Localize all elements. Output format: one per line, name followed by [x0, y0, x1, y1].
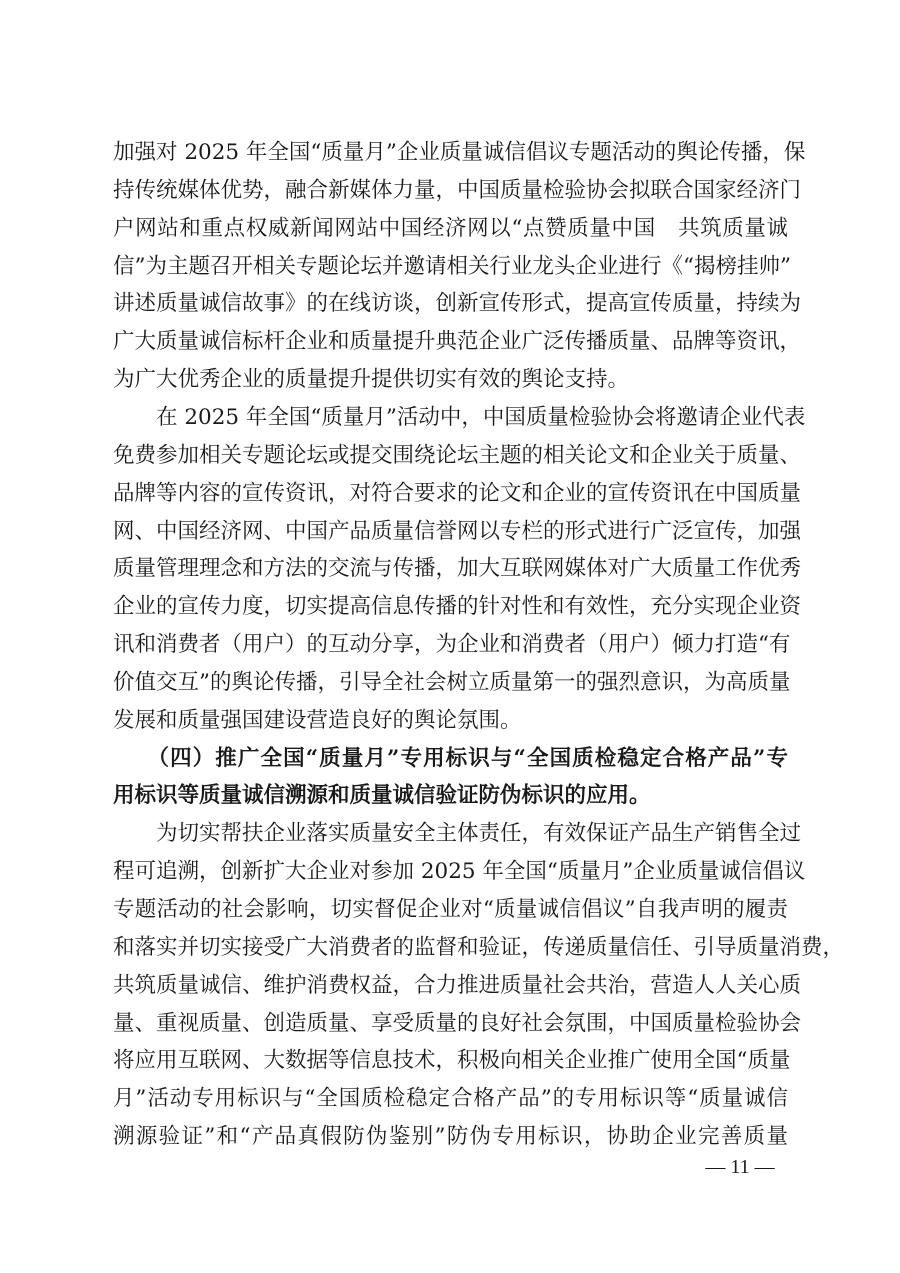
paragraph-line: 广大质量诚信标杆企业和质量提升典范企业广泛传播质量、品牌等资讯， [113, 323, 788, 361]
paragraph-line: 加强对 2025 年全国“质量月”企业质量诚信倡议专题活动的舆论传播，保 [113, 134, 788, 172]
paragraph-line: 讯和消费者（用户）的互动分享，为企业和消费者（用户）倾力打造“有 [113, 626, 788, 664]
paragraph-line: 户网站和重点权威新闻网站中国经济网以“点赞质量中国 共筑质量诚 [113, 210, 788, 248]
paragraph-line: 专题活动的社会影响，切实督促企业对“质量诚信倡议”自我声明的履责 [113, 891, 788, 929]
paragraph-line: 和落实并切实接受广大消费者的监督和验证，传递质量信任、引导质量消费， [113, 929, 788, 967]
paragraph-line: 免费参加相关专题论坛或提交围绕论坛主题的相关论文和企业关于质量、 [113, 437, 788, 475]
paragraph-line: 为切实帮扶企业落实质量安全主体责任，有效保证产品生产销售全过 [113, 815, 788, 853]
paragraph-line: 质量管理理念和方法的交流与传播，加大互联网媒体对广大质量工作优秀 [113, 550, 788, 588]
paragraph-line: 程可追溯，创新扩大企业对参加 2025 年全国“质量月”企业质量诚信倡议 [113, 853, 788, 891]
section-heading-line: （四）推广全国“质量月”专用标识与“全国质检稳定合格产品”专 [113, 740, 788, 778]
paragraph-line: 价值交互”的舆论传播，引导全社会树立质量第一的强烈意识，为高质量 [113, 664, 788, 702]
paragraph-line: 在 2025 年全国“质量月”活动中，中国质量检验协会将邀请企业代表 [113, 399, 788, 437]
paragraph-line: 溯源验证”和“产品真假防伪鉴别”防伪专用标识，协助企业完善质量 [113, 1118, 788, 1156]
paragraph-line: 量、重视质量、创造质量、享受质量的良好社会氛围，中国质量检验协会 [113, 1005, 788, 1043]
page-number: — 11 — [690, 1152, 790, 1182]
paragraph-line: 持传统媒体优势，融合新媒体力量，中国质量检验协会拟联合国家经济门 [113, 172, 788, 210]
paragraph-line: 将应用互联网、大数据等信息技术，积极向相关企业推广使用全国“质量 [113, 1042, 788, 1080]
section-heading-line: 用标识等质量诚信溯源和质量诚信验证防伪标识的应用。 [113, 777, 788, 815]
paragraph-line: 网、中国经济网、中国产品质量信誉网以专栏的形式进行广泛宣传，加强 [113, 513, 788, 551]
paragraph-line: 月”活动专用标识与“全国质检稳定合格产品”的专用标识等“质量诚信 [113, 1080, 788, 1118]
paragraph-line: 为广大优秀企业的质量提升提供切实有效的舆论支持。 [113, 361, 788, 399]
document-page: 加强对 2025 年全国“质量月”企业质量诚信倡议专题活动的舆论传播，保持传统媒… [0, 0, 900, 1273]
paragraph-line: 讲述质量诚信故事》的在线访谈，创新宣传形式，提高宣传质量，持续为 [113, 285, 788, 323]
paragraph-line: 品牌等内容的宣传资讯，对符合要求的论文和企业的宣传资讯在中国质量 [113, 475, 788, 513]
paragraph-line: 发展和质量强国建设营造良好的舆论氛围。 [113, 702, 788, 740]
paragraph-line: 信”为主题召开相关专题论坛并邀请相关行业龙头企业进行《“揭榜挂帅” [113, 248, 788, 286]
paragraph-line: 企业的宣传力度，切实提高信息传播的针对性和有效性，充分实现企业资 [113, 588, 788, 626]
paragraph-line: 共筑质量诚信、维护消费权益，合力推进质量社会共治，营造人人关心质 [113, 967, 788, 1005]
